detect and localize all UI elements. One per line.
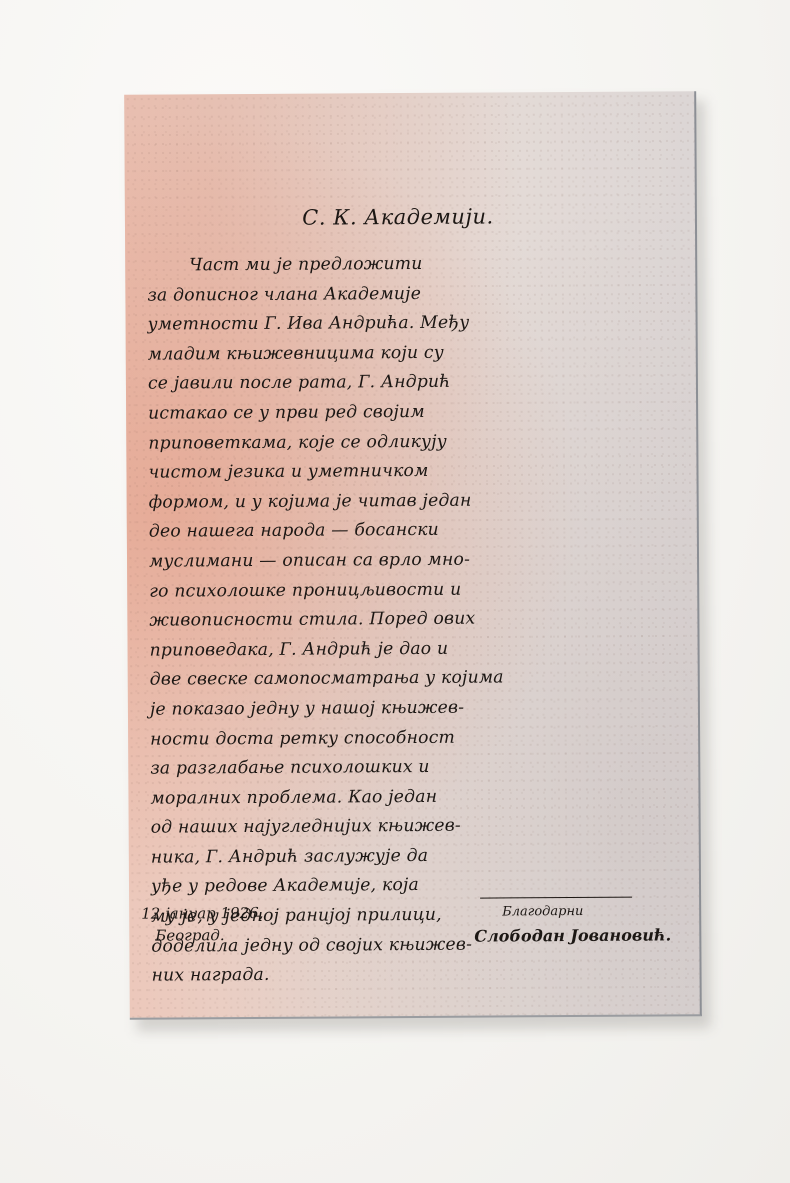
- letter-line: ника, Г. Андрић заслужује да: [151, 840, 691, 873]
- letter-date: 12 јануар 1926,: [141, 904, 263, 923]
- letter-line: го психолошке проницљивости и: [149, 574, 689, 607]
- letter-line: за разглабање психолошких и: [150, 751, 690, 784]
- letter-line: младим књижевницима који су: [148, 337, 688, 370]
- letter-line: муслимани — описан са врло мно-: [149, 544, 689, 577]
- letter-line: од наших најугледнијих књижев-: [151, 811, 691, 844]
- letter-line: део нашега народа — босански: [149, 515, 689, 548]
- signature-name: Слободан Јовановић.: [474, 923, 674, 948]
- letter-line: две свеске самопосматрања у којима: [150, 663, 690, 696]
- letter-line: ности доста ретку способност: [150, 722, 690, 755]
- letter-line: истакао се у први ред својим: [148, 396, 688, 429]
- letter-place: Београд.: [141, 924, 263, 947]
- letter-line: уметности Г. Ива Андрића. Међу: [148, 308, 688, 341]
- letter-line: је показао једну у нашој књижев-: [150, 692, 690, 725]
- letter-sheet: С. К. Академији. Част ми је предложити з…: [124, 91, 702, 1019]
- date-place-block: 12 јануар 1926, Београд.: [141, 902, 264, 947]
- letter-line: за дописног члана Академије: [147, 278, 687, 311]
- letter-line: живописности стила. Поред ових: [149, 603, 689, 636]
- letter-line: моралних проблема. Као један: [150, 781, 690, 814]
- letter-line: чистом језика и уметничком: [148, 455, 688, 488]
- letter-line: приповеткама, које се одликују: [148, 426, 688, 459]
- letter-line: формом, и у којима је читав један: [149, 485, 689, 518]
- letter-heading: С. К. Академији.: [113, 203, 683, 230]
- letter-line: них награда.: [151, 959, 691, 992]
- letter-body: Част ми је предложити за дописног члана …: [147, 248, 692, 991]
- signature-block: Благодарни Слободан Јовановић.: [474, 896, 674, 948]
- letter-line: се јавили после рата, Г. Андрић: [148, 367, 688, 400]
- closing-salutation: Благодарни: [480, 897, 632, 925]
- letter-line: приповедака, Г. Андрић је дао и: [149, 633, 689, 666]
- letter-line: Част ми је предложити: [147, 248, 687, 281]
